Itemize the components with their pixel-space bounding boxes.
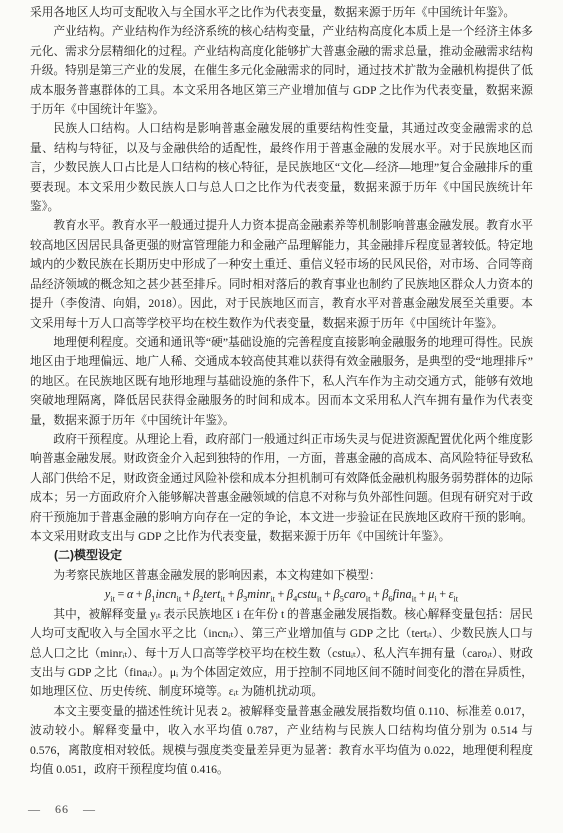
paragraph-geographic-convenience: 地理便利程度。交通和通讯等“硬”基础设施的完善程度直接影响金融服务的地理可得性。…: [30, 333, 533, 430]
page-footer: — 66 —: [28, 800, 96, 819]
paragraph-income-continuation: 采用各地区人均可支配收入与全国水平之比作为代表变量，数据来源于历年《中国统计年鉴…: [30, 3, 533, 22]
paragraph-model-intro: 为考察民族地区普惠金融发展的影响因素，本文构建如下模型：: [30, 566, 533, 585]
document-page: 采用各地区人均可支配收入与全国水平之比作为代表变量，数据来源于历年《中国统计年鉴…: [0, 0, 563, 833]
paragraph-industry-structure: 产业结构。产业结构作为经济系统的核心结构变量，产业结构高度化本质上是一个经济主体…: [30, 22, 533, 119]
paragraph-government-intervention: 政府干预程度。从理论上看，政府部门一般通过纠正市场失灵与促进资源配置优化两个维度…: [30, 430, 533, 546]
paragraph-education-level: 教育水平。教育水平一般通过提升人力资本提高金融素养等机制影响普惠金融发展。教育水…: [30, 216, 533, 332]
model-formula: yit=α+β1incnit+β2tertit+β3minrit+β4cstui…: [30, 585, 533, 605]
section-heading-model-setup: (二)模型设定: [30, 546, 533, 565]
paragraph-model-explanation: 其中，被解释变量 yᵢₜ 表示民族地区 i 在年份 t 的普惠金融发展指数。核心…: [30, 605, 533, 702]
paragraph-ethnic-population: 民族人口结构。人口结构是影响普惠金融发展的重要结构性变量，其通过改变金融需求的总…: [30, 119, 533, 216]
paragraph-descriptive-stats: 本文主要变量的描述性统计见表 2。被解释变量普惠金融发展指数均值 0.110、标…: [30, 702, 533, 780]
page-number: — 66 —: [28, 802, 96, 816]
